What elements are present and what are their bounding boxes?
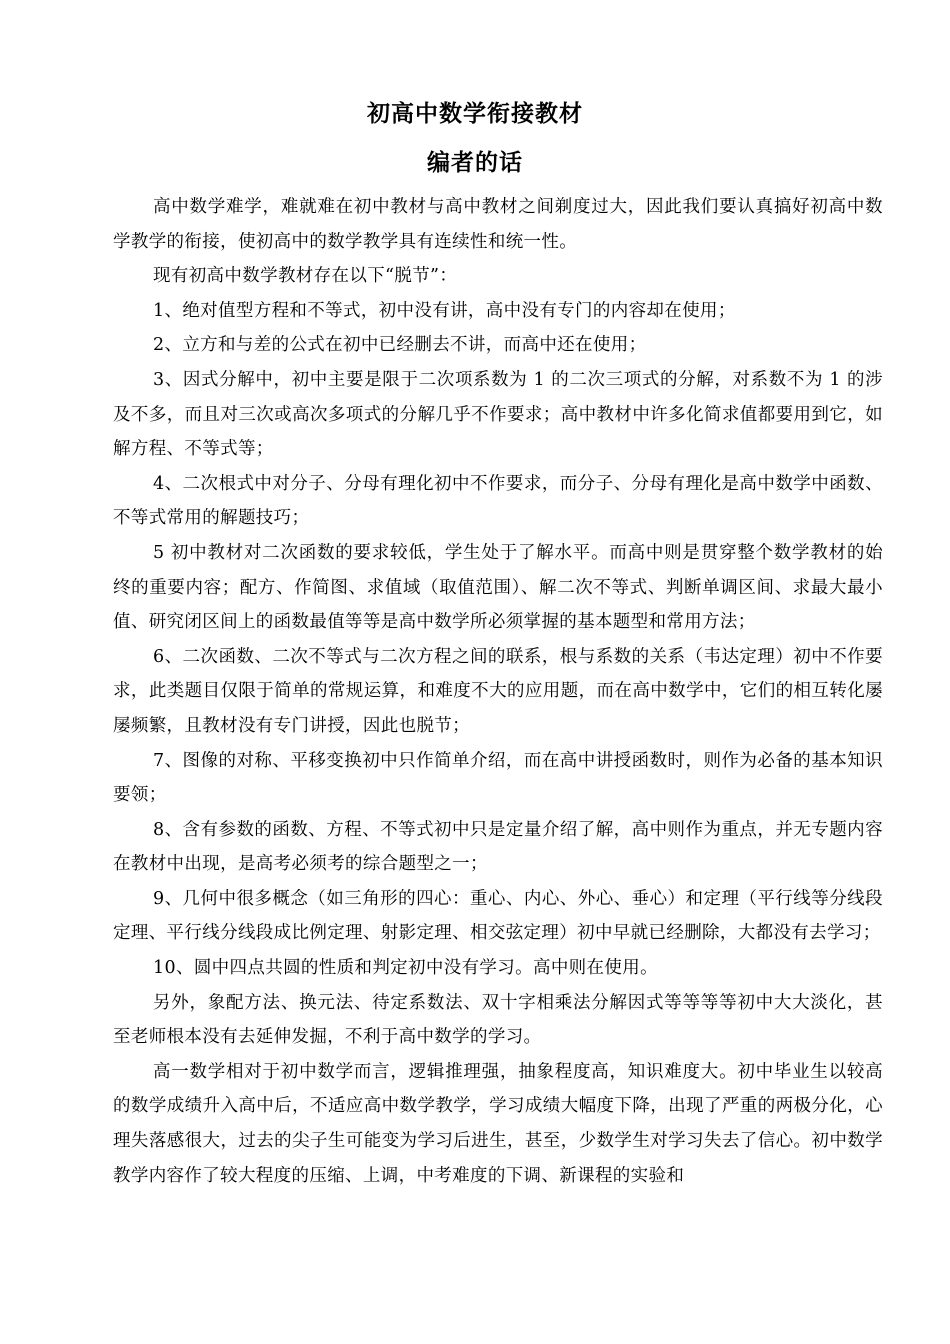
list-item-7: 7、图像的对称、平移变换初中只作简单介绍，而在高中讲授函数时，则作为必备的基本知… <box>113 744 883 813</box>
document-title: 初高中数学衔接教材 <box>0 97 950 131</box>
document-page: 初高中数学衔接教材 编者的话 高中数学难学，难就难在初中教材与高中教材之间剃度过… <box>0 0 950 1344</box>
list-item-10: 10、圆中四点共圆的性质和判定初中没有学习。高中则在使用。 <box>113 951 883 986</box>
list-item-8: 8、含有参数的函数、方程、不等式初中只是定量介绍了解，高中则作为重点，并无专题内… <box>113 813 883 882</box>
list-item-6: 6、二次函数、二次不等式与二次方程之间的联系，根与系数的关系（韦达定理）初中不作… <box>113 640 883 744</box>
list-item-3: 3、因式分解中，初中主要是限于二次项系数为 1 的二次三项式的分解，对系数不为 … <box>113 363 883 467</box>
list-item-5: 5 初中教材对二次函数的要求较低，学生处于了解水平。而高中则是贯穿整个数学教材的… <box>113 536 883 640</box>
paragraph-grade-one: 高一数学相对于初中数学而言，逻辑推理强，抽象程度高，知识难度大。初中毕业生以较高… <box>113 1055 883 1193</box>
section-heading: 编者的话 <box>0 146 950 180</box>
document-body: 高中数学难学，难就难在初中教材与高中教材之间剃度过大，因此我们要认真搞好初高中数… <box>113 190 883 1193</box>
list-item-2: 2、立方和与差的公式在初中已经删去不讲，而高中还在使用； <box>113 328 883 363</box>
paragraph-gaps-lead: 现有初高中数学教材存在以下“脱节”： <box>113 259 883 294</box>
list-item-9: 9、几何中很多概念（如三角形的四心：重心、内心、外心、垂心）和定理（平行线等分线… <box>113 882 883 951</box>
paragraph-methods: 另外，象配方法、换元法、待定系数法、双十字相乘法分解因式等等等等初中大大淡化，甚… <box>113 986 883 1055</box>
paragraph-intro: 高中数学难学，难就难在初中教材与高中教材之间剃度过大，因此我们要认真搞好初高中数… <box>113 190 883 259</box>
list-item-4: 4、二次根式中对分子、分母有理化初中不作要求，而分子、分母有理化是高中数学中函数… <box>113 467 883 536</box>
list-item-1: 1、绝对值型方程和不等式，初中没有讲，高中没有专门的内容却在使用； <box>113 294 883 329</box>
